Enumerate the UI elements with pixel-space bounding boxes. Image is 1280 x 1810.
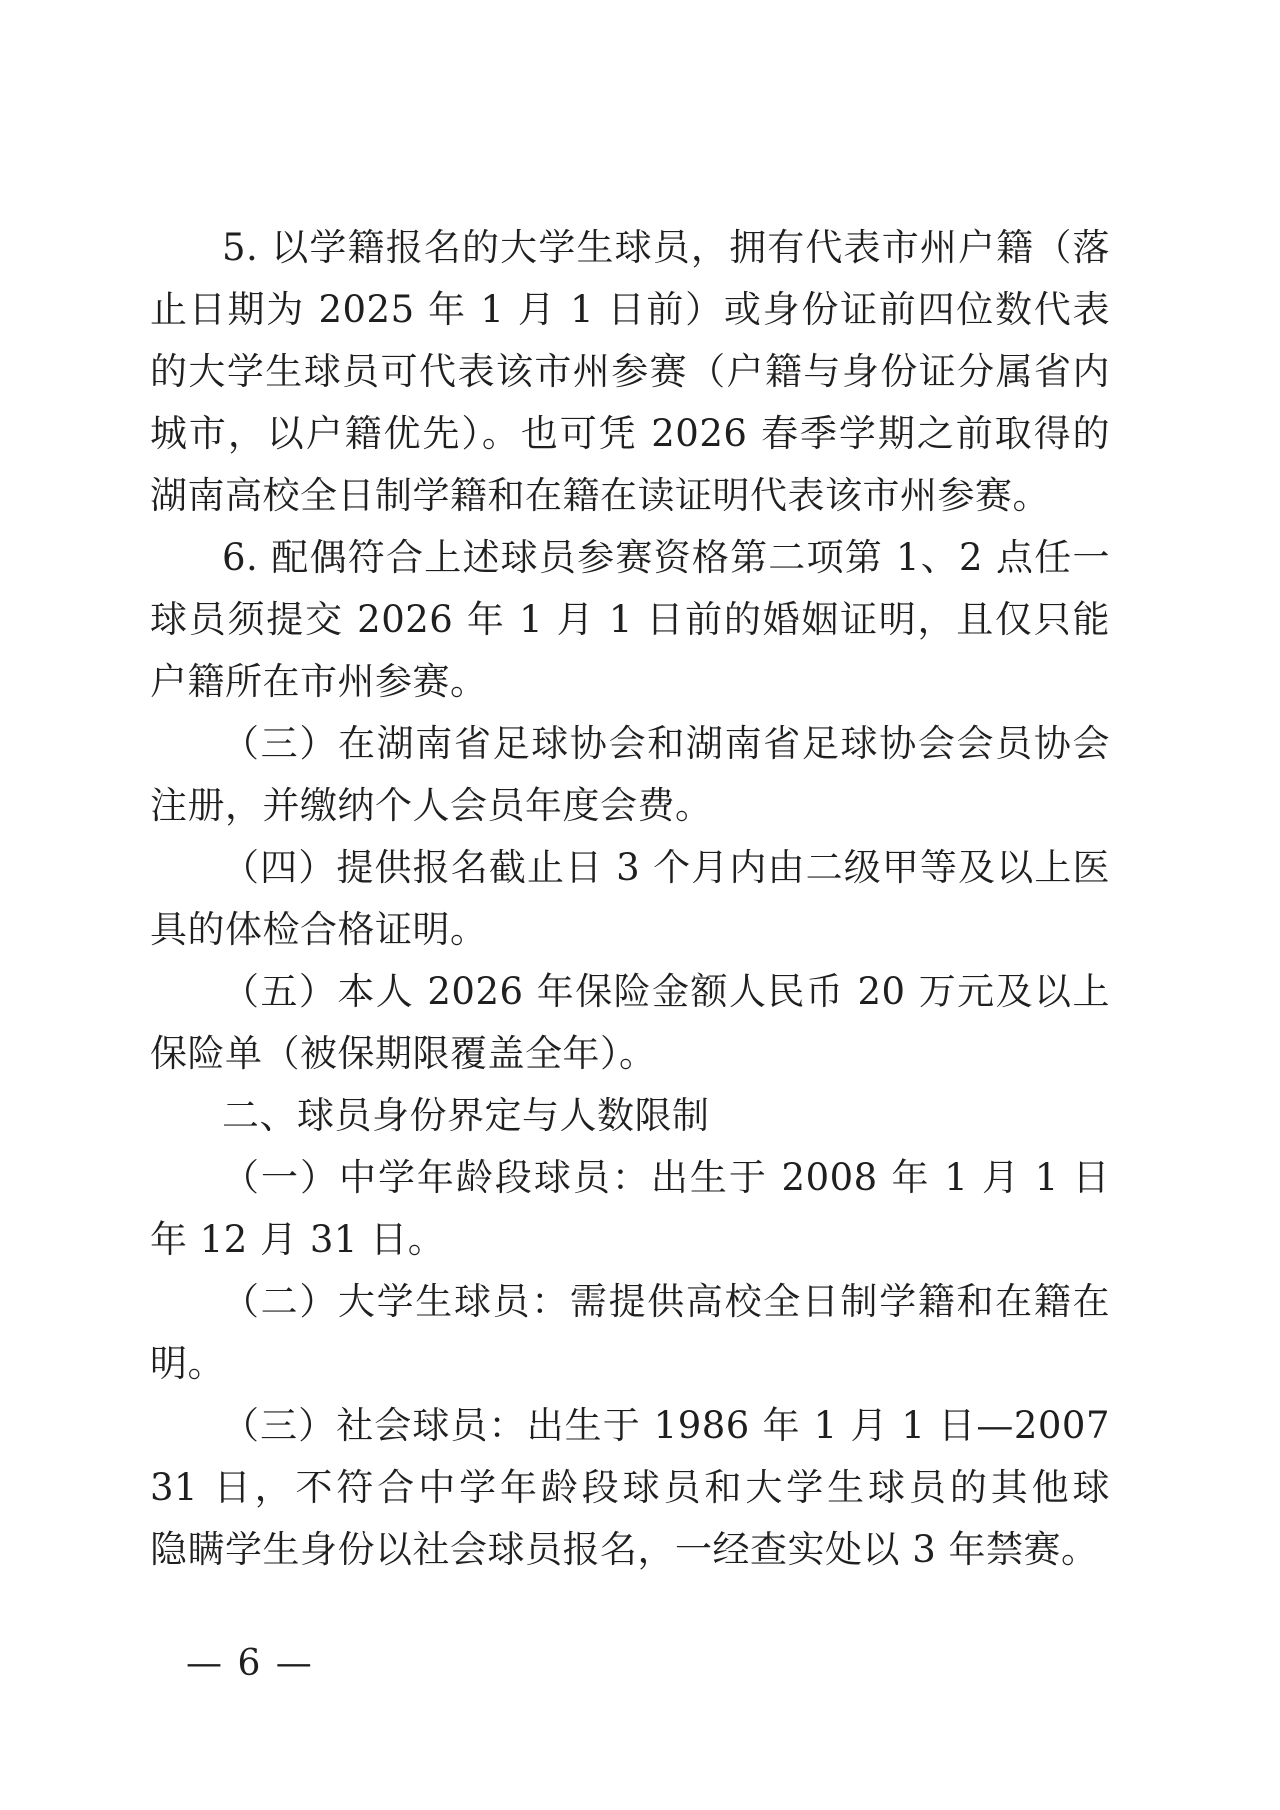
text-line: 隐瞒学生身份以社会球员报名，一经查实处以 3 年禁赛。 bbox=[150, 1519, 1110, 1581]
text-line: 具的体检合格证明。 bbox=[150, 899, 1110, 961]
page-number: — 6 — bbox=[186, 1642, 314, 1686]
text-line: 年 12 月 31 日。 bbox=[150, 1209, 1110, 1271]
document-page: 5. 以学籍报名的大学生球员，拥有代表市州户籍（落户截 止日期为 2025 年 … bbox=[0, 0, 1280, 1810]
text-line: （三）社会球员：出生于 1986 年 1 月 1 日—2007 年 12 月 bbox=[150, 1395, 1110, 1457]
text-line: （一）中学年龄段球员：出生于 2008 年 1 月 1 日—2010 bbox=[150, 1147, 1110, 1209]
text-line: （五）本人 2026 年保险金额人民币 20 万元及以上的意外 bbox=[150, 961, 1110, 1023]
document-body: 5. 以学籍报名的大学生球员，拥有代表市州户籍（落户截 止日期为 2025 年 … bbox=[150, 217, 1110, 1581]
text-line: （四）提供报名截止日 3 个月内由二级甲等及以上医院开 bbox=[150, 837, 1110, 899]
text-line: 6. 配偶符合上述球员参赛资格第二项第 1、2 点任一要求， bbox=[150, 527, 1110, 589]
text-line: 5. 以学籍报名的大学生球员，拥有代表市州户籍（落户截 bbox=[150, 217, 1110, 279]
text-line: 保险单（被保期限覆盖全年）。 bbox=[150, 1023, 1110, 1085]
section-heading: 二、球员身份界定与人数限制 bbox=[150, 1085, 1110, 1147]
text-line: （二）大学生球员：需提供高校全日制学籍和在籍在读证 bbox=[150, 1271, 1110, 1333]
text-line: 球员须提交 2026 年 1 月 1 日前的婚姻证明，且仅只能代表配偶 bbox=[150, 589, 1110, 651]
text-line: （三）在湖南省足球协会和湖南省足球协会会员协会完成 bbox=[150, 713, 1110, 775]
text-line: 的大学生球员可代表该市州参赛（户籍与身份证分属省内不同 bbox=[150, 341, 1110, 403]
text-line: 户籍所在市州参赛。 bbox=[150, 651, 1110, 713]
text-line: 明。 bbox=[150, 1333, 1110, 1395]
text-line: 城市，以户籍优先）。也可凭 2026 春季学期之前取得的连续的 bbox=[150, 403, 1110, 465]
text-line: 湖南高校全日制学籍和在籍在读证明代表该市州参赛。 bbox=[150, 465, 1110, 527]
text-line: 31 日，不符合中学年龄段球员和大学生球员的其他球员。如果 bbox=[150, 1457, 1110, 1519]
text-line: 止日期为 2025 年 1 月 1 日前）或身份证前四位数代表市州属地 bbox=[150, 279, 1110, 341]
text-line: 注册，并缴纳个人会员年度会费。 bbox=[150, 775, 1110, 837]
